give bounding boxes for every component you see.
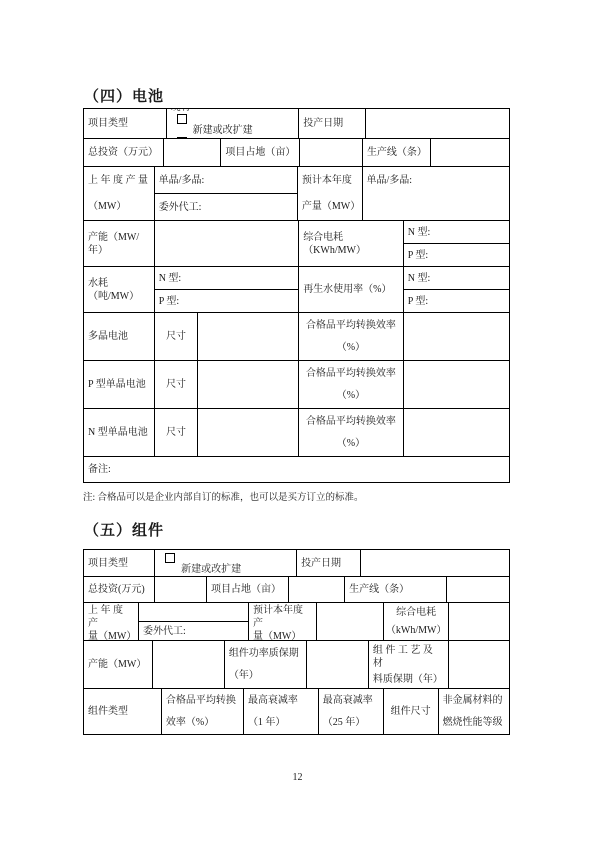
p-type-cell: P 型: bbox=[404, 289, 509, 312]
blank-sub-cell bbox=[139, 603, 248, 621]
size-label: 尺寸 bbox=[154, 361, 198, 408]
mono-poly-cell: 单晶/多晶: bbox=[155, 167, 297, 193]
table-row: 项目类型 现有新建或改扩建 投产日期 bbox=[84, 550, 509, 576]
table-row: 总投资(万元) 项目占地（亩） 生产线（条） bbox=[84, 576, 509, 602]
production-lines-label: 生产线（条） bbox=[362, 139, 430, 166]
capacity-value-cell bbox=[154, 221, 299, 266]
cell-type-label: 多晶电池 bbox=[84, 313, 154, 360]
capacity-label: 产能（MW/年） bbox=[84, 221, 154, 266]
land-value-cell bbox=[288, 577, 344, 602]
recycled-water-values: N 型: P 型: bbox=[403, 267, 509, 312]
size-label: 尺寸 bbox=[154, 313, 198, 360]
forecast-mono-poly-cell: 单晶/多晶: bbox=[362, 167, 509, 220]
project-type-options: 现有新建或改扩建 bbox=[166, 109, 299, 138]
commission-date-label: 投产日期 bbox=[296, 550, 360, 576]
forecast-output-label: 预计本年度 产量（MW） bbox=[297, 167, 362, 220]
cell-type-label: P 型单晶电池 bbox=[84, 361, 154, 408]
size-label: 尺寸 bbox=[154, 409, 198, 456]
last-year-output-label: 上 年 度 产 量（MW） bbox=[84, 603, 138, 640]
efficiency-label: 合格品平均转换效率 （%） bbox=[298, 361, 403, 408]
project-type-label: 项目类型 bbox=[84, 109, 166, 138]
degradation-25yr-label: 最高衰减率 （25 年） bbox=[318, 689, 383, 734]
table-row: 产能（MW） 组件功率质保期 （年） 组 件 工 艺 及 材 料质保期（年） bbox=[84, 640, 509, 688]
table-row: 总投资（万元） 项目占地（亩） 生产线（条） bbox=[84, 138, 509, 166]
material-warranty-value-cell bbox=[448, 641, 509, 688]
table-row: N 型单晶电池 尺寸 合格品平均转换效率 （%） bbox=[84, 408, 509, 456]
production-lines-label: 生产线（条） bbox=[344, 577, 446, 602]
efficiency-value-cell bbox=[403, 361, 509, 408]
table-row: 上 年 度 产 量（MW） 委外代工: 预计本年度产 量（MW） 综合电耗 （k… bbox=[84, 602, 509, 640]
investment-label: 总投资（万元） bbox=[84, 139, 163, 166]
table-row: 项目类型 现有新建或改扩建 投产日期 bbox=[84, 109, 509, 138]
efficiency-label: 合格品平均转换 效率（%） bbox=[161, 689, 243, 734]
investment-value-cell bbox=[163, 139, 221, 166]
table-row: P 型单晶电池 尺寸 合格品平均转换效率 （%） bbox=[84, 360, 509, 408]
page-number: 12 bbox=[0, 772, 595, 783]
last-year-output-detail: 单晶/多晶: 委外代工: bbox=[154, 167, 297, 220]
table-row: 备注: bbox=[84, 456, 509, 482]
commission-date-value-cell bbox=[360, 550, 509, 576]
forecast-output-value-cell bbox=[316, 603, 383, 640]
energy-consumption-label: 综合电耗（KWh/MW） bbox=[298, 221, 403, 266]
section-battery-title: （四）电池 bbox=[84, 85, 164, 106]
document-page: （四）电池 项目类型 现有新建或改扩建 投产日期 总投资（万元） 项目占地（亩）… bbox=[0, 0, 595, 841]
existing-option-label: 现有 bbox=[159, 550, 179, 552]
module-size-label: 组件尺寸 bbox=[383, 689, 438, 734]
project-type-label: 项目类型 bbox=[84, 550, 154, 576]
capacity-label: 产能（MW） bbox=[84, 641, 152, 688]
module-table: 项目类型 现有新建或改扩建 投产日期 总投资(万元) 项目占地（亩） 生产线（条… bbox=[83, 549, 510, 735]
energy-consumption-values: N 型: P 型: bbox=[403, 221, 509, 266]
new-expand-option-label: 新建或改扩建 bbox=[193, 125, 253, 136]
existing-checkbox-icon bbox=[177, 114, 187, 124]
outsourcing-cell: 委外代工: bbox=[139, 621, 248, 640]
module-type-label: 组件类型 bbox=[84, 689, 161, 734]
table-row: 多晶电池 尺寸 合格品平均转换效率 （%） bbox=[84, 312, 509, 360]
energy-consumption-value-cell bbox=[448, 603, 509, 640]
new-expand-option-label: 新建或改扩建 bbox=[181, 564, 241, 575]
energy-consumption-label: 综合电耗 （kWh/MW） bbox=[383, 603, 448, 640]
production-lines-value-cell bbox=[430, 139, 509, 166]
project-type-options: 现有新建或改扩建 bbox=[154, 550, 296, 576]
power-warranty-label: 组件功率质保期 （年） bbox=[224, 641, 306, 688]
existing-checkbox-icon bbox=[165, 553, 175, 563]
size-value-cell bbox=[197, 313, 298, 360]
outsourcing-cell: 委外代工: bbox=[155, 193, 297, 220]
commission-date-label: 投产日期 bbox=[298, 109, 365, 138]
capacity-value-cell bbox=[152, 641, 224, 688]
fire-rating-label: 非金属材料的 燃烧性能等级 bbox=[438, 689, 509, 734]
investment-value-cell bbox=[154, 577, 206, 602]
n-type-cell: N 型: bbox=[404, 221, 509, 243]
n-type-cell: N 型: bbox=[155, 267, 299, 289]
existing-option-label: 现有 bbox=[171, 109, 191, 113]
remark-label: 备注: bbox=[84, 457, 509, 482]
material-warranty-label: 组 件 工 艺 及 材 料质保期（年） bbox=[368, 641, 448, 688]
last-year-output-detail: 委外代工: bbox=[138, 603, 248, 640]
new-expand-checkbox-icon bbox=[177, 137, 187, 139]
battery-table: 项目类型 现有新建或改扩建 投产日期 总投资（万元） 项目占地（亩） 生产线（条… bbox=[83, 108, 510, 483]
section-module-title: （五）组件 bbox=[84, 519, 164, 540]
table-row: 水耗（吨/MW） N 型: P 型: 再生水使用率（%） N 型: P 型: bbox=[84, 266, 509, 312]
power-warranty-value-cell bbox=[306, 641, 368, 688]
table-row: 产能（MW/年） 综合电耗（KWh/MW） N 型: P 型: bbox=[84, 220, 509, 266]
size-value-cell bbox=[197, 361, 298, 408]
efficiency-value-cell bbox=[403, 313, 509, 360]
investment-label: 总投资(万元) bbox=[84, 577, 154, 602]
commission-date-value-cell bbox=[365, 109, 509, 138]
land-label: 项目占地（亩） bbox=[206, 577, 288, 602]
water-consumption-label: 水耗（吨/MW） bbox=[84, 267, 154, 312]
size-value-cell bbox=[197, 409, 298, 456]
p-type-cell: P 型: bbox=[155, 289, 299, 312]
degradation-1yr-label: 最高衰减率 （1 年） bbox=[243, 689, 318, 734]
water-consumption-values: N 型: P 型: bbox=[154, 267, 299, 312]
table-row: 组件类型 合格品平均转换 效率（%） 最高衰减率 （1 年） 最高衰减率 （25… bbox=[84, 688, 509, 734]
production-lines-value-cell bbox=[446, 577, 509, 602]
table-row: 上 年 度 产 量 （MW） 单晶/多晶: 委外代工: 预计本年度 产量（MW）… bbox=[84, 166, 509, 220]
efficiency-label: 合格品平均转换效率 （%） bbox=[298, 409, 403, 456]
efficiency-label: 合格品平均转换效率 （%） bbox=[298, 313, 403, 360]
efficiency-value-cell bbox=[403, 409, 509, 456]
battery-note: 注: 合格品可以是企业内部自订的标准，也可以是买方订立的标准。 bbox=[83, 489, 523, 503]
land-value-cell bbox=[299, 139, 362, 166]
cell-type-label: N 型单晶电池 bbox=[84, 409, 154, 456]
n-type-cell: N 型: bbox=[404, 267, 509, 289]
forecast-output-label: 预计本年度产 量（MW） bbox=[248, 603, 316, 640]
p-type-cell: P 型: bbox=[404, 243, 509, 266]
recycled-water-label: 再生水使用率（%） bbox=[298, 267, 403, 312]
last-year-output-label: 上 年 度 产 量 （MW） bbox=[84, 167, 154, 220]
land-label: 项目占地（亩） bbox=[220, 139, 299, 166]
